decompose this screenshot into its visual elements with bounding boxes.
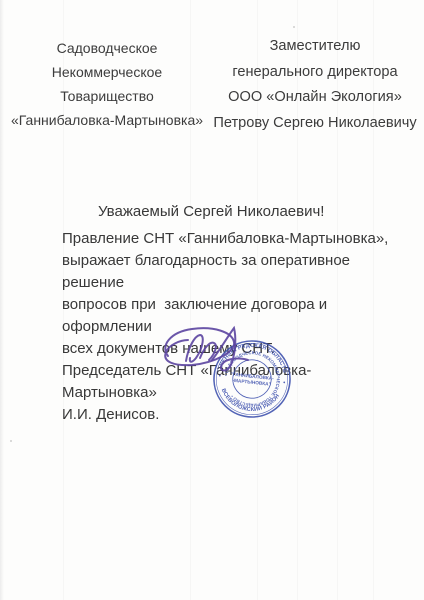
recipient-line: ООО «Онлайн Экология»: [208, 85, 422, 111]
salutation: Уважаемый Сергей Николаевич!: [62, 203, 424, 220]
sender-line: Садоводческое: [8, 36, 206, 60]
sender-line: «Ганнибаловка-Мартыновка»: [8, 108, 206, 132]
stamp-separator-dot: [283, 381, 285, 383]
recipient-line: Заместителю: [208, 34, 422, 60]
signature-loop-stroke: [165, 328, 234, 365]
scan-edge-shadow: [0, 0, 4, 600]
recipient-line: генерального директора: [208, 60, 422, 86]
recipient-line: Петрову Сергею Николаевичу: [208, 111, 422, 137]
signature-tail-stroke: [212, 328, 248, 371]
sender-block: Садоводческое Некоммерческое Товариществ…: [8, 36, 206, 132]
signature-graphic: [148, 316, 260, 380]
scan-speck: [10, 440, 12, 442]
recipient-block: Заместителю генерального директора ООО «…: [208, 34, 422, 136]
scan-speck: [293, 26, 295, 28]
body-line: Правление СНТ «Ганнибаловка-Мартыновка»,: [62, 228, 407, 250]
handwritten-signature: [148, 316, 260, 380]
scanned-letter-page: Садоводческое Некоммерческое Товариществ…: [0, 0, 424, 600]
sender-line: Некоммерческое Товарищество: [8, 60, 206, 108]
body-line: выражает благодарность за оперативное ре…: [62, 250, 407, 294]
